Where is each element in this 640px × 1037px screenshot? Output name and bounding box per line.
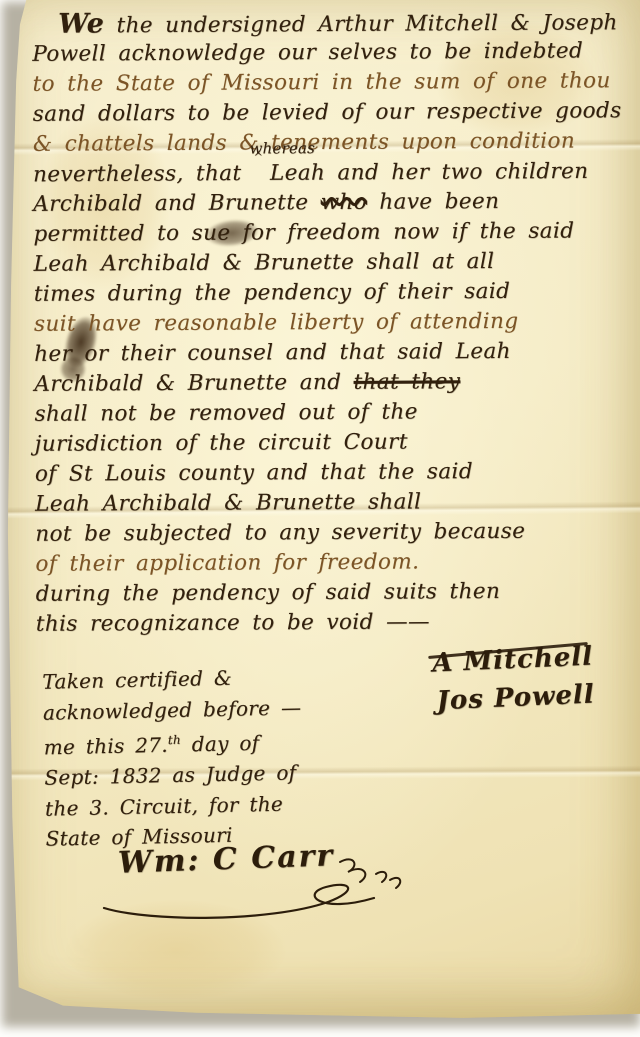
manuscript-line: Archibald & Brunette and that they: [34, 366, 628, 400]
manuscript-line: Archibald and Brunette who have been: [33, 186, 627, 220]
struck-word: who: [321, 190, 368, 215]
signature-powell: Jos Powell: [433, 675, 595, 720]
manuscript-line: this recognizance to be void ——: [36, 606, 630, 640]
certification-block: Taken certified & acknowledged before — …: [42, 661, 304, 854]
opening-word: We: [58, 8, 104, 39]
struck-phrase: that they: [353, 369, 460, 395]
line-text: me this 27.: [44, 733, 169, 760]
line-text: Leah and her two children: [270, 159, 589, 186]
manuscript-line: & chattels lands & tenements upon condit…: [33, 126, 627, 160]
caret-mark: ^: [254, 142, 264, 172]
manuscript-line: of St Louis county and that the said: [35, 456, 629, 490]
manuscript-line: sand dollars to be levied of our respect…: [33, 96, 627, 130]
manuscript-line: shall not be removed out of the: [34, 396, 628, 430]
line-text: Archibald and Brunette: [33, 190, 308, 217]
manuscript-line: her or their counsel and that said Leah: [34, 336, 628, 370]
line-text: nevertheless, that: [33, 161, 242, 187]
line-text: have been: [379, 189, 499, 215]
certification-line: me this 27.th day of: [43, 722, 302, 763]
manuscript-line: Leah Archibald & Brunette shall: [35, 486, 629, 520]
certification-line: the 3. Circuit, for the: [45, 788, 304, 824]
manuscript-line: times during the pendency of their said: [34, 276, 628, 310]
manuscript-line: during the pendency of said suits then: [36, 576, 630, 610]
manuscript-line: We the undersigned Arthur Mitchell & Jos…: [32, 6, 626, 40]
manuscript-line: suit have reasonable liberty of attendin…: [34, 306, 628, 340]
interlinear-insertion: whereas^: [254, 158, 258, 180]
manuscript-paper: We the undersigned Arthur Mitchell & Jos…: [6, 0, 640, 1022]
manuscript-line: not be subjected to any severity because: [35, 516, 629, 550]
line-text: Archibald & Brunette and: [34, 370, 341, 397]
line-text: the undersigned Arthur Mitchell & Joseph: [116, 10, 617, 38]
judge-signature: Wm: C Carr: [117, 838, 334, 881]
manuscript-line: nevertheless, that whereas^ Leah and her…: [33, 156, 627, 190]
ordinal-superscript: th: [168, 733, 181, 747]
manuscript-line: of their application for freedom.: [35, 546, 629, 580]
signature-block: A Mitchell Jos Powell: [431, 638, 595, 721]
certification-line: Sept: 1832 as Judge of: [44, 757, 303, 793]
document-scan: We the undersigned Arthur Mitchell & Jos…: [0, 0, 640, 1037]
manuscript-line: jurisdiction of the circuit Court: [35, 426, 629, 460]
manuscript-line: Powell acknowledge our selves to be inde…: [32, 36, 626, 70]
manuscript-line: Leah Archibald & Brunette shall at all: [34, 246, 628, 280]
manuscript-line: to the State of Missouri in the sum of o…: [32, 66, 626, 100]
manuscript-line: permitted to sue for freedom now if the …: [33, 216, 627, 250]
signature-squiggle: [336, 852, 406, 896]
certification-line: acknowledged before —: [43, 692, 302, 728]
line-text: day of: [191, 731, 259, 756]
manuscript-body: We the undersigned Arthur Mitchell & Jos…: [32, 6, 630, 640]
